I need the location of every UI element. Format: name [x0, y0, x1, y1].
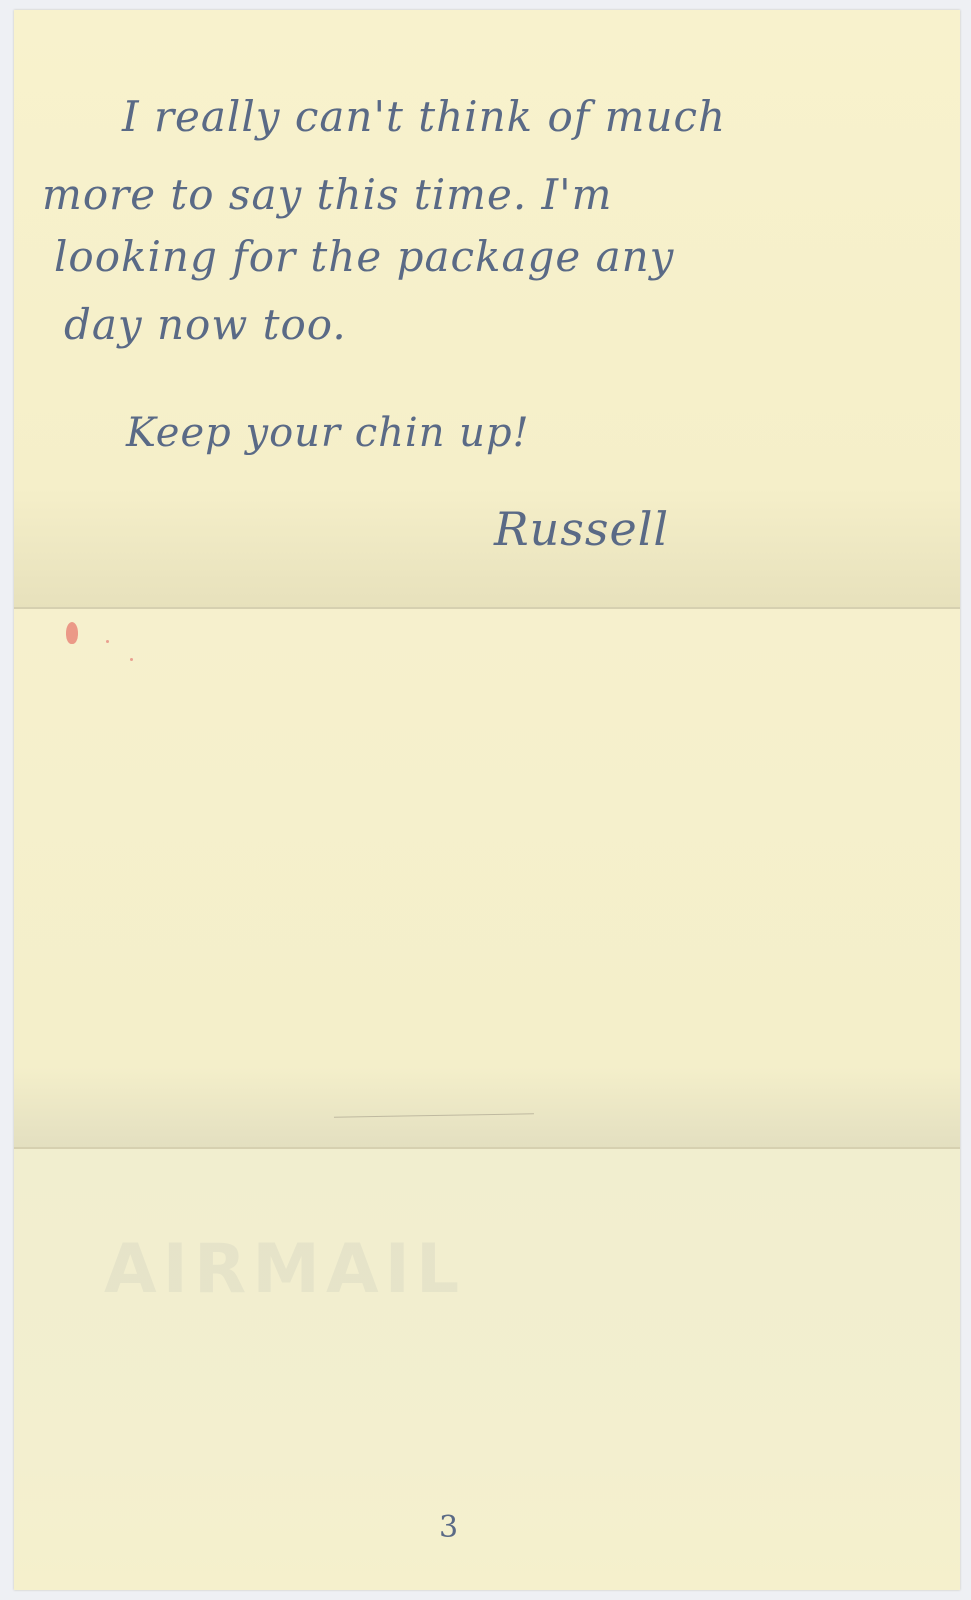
closing-line: Keep your chin up! — [126, 410, 530, 456]
signature: Russell — [494, 502, 669, 556]
faint-watermark: AIRMAIL — [104, 1230, 465, 1309]
body-line-3: looking for the package any — [54, 232, 674, 281]
ink-dot — [130, 658, 133, 661]
body-line-1: I really can't think of much — [122, 92, 726, 141]
letter-page: I really can't think of much more to say… — [14, 10, 960, 1590]
fold-crease-upper — [14, 607, 960, 609]
ink-dot — [106, 640, 109, 643]
page-number: 3 — [439, 1510, 459, 1545]
ink-stain-icon — [66, 622, 78, 644]
middle-fold-panel — [14, 608, 960, 1148]
lower-fold-panel — [14, 1148, 960, 1590]
body-line-4: day now too. — [64, 300, 347, 349]
body-line-2: more to say this time. I'm — [42, 170, 613, 219]
fold-crease-lower — [14, 1147, 960, 1149]
